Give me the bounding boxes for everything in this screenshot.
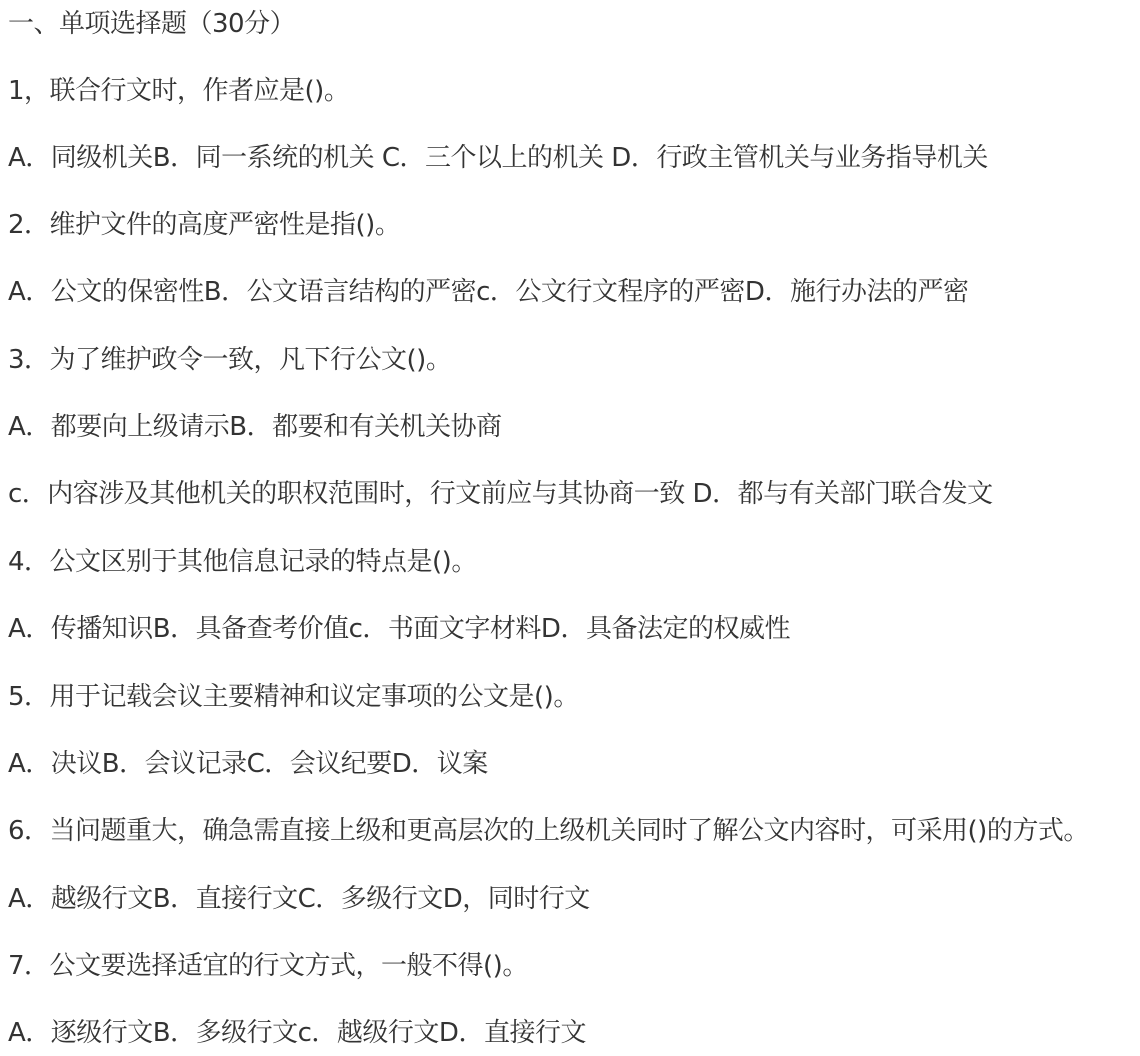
- question-1-options: A．同级机关B．同一系统的机关 C．三个以上的机关 D．行政主管机关与业务指导机…: [8, 138, 988, 178]
- question-3-stem: 3．为了维护政令一致，凡下行公文()。: [8, 340, 451, 380]
- question-6-stem: 6．当问题重大，确急需直接上级和更高层次的上级机关同时了解公文内容时，可采用()…: [8, 811, 1089, 851]
- question-4-stem: 4．公文区别于其他信息记录的特点是()。: [8, 542, 477, 582]
- question-6-options: A．越级行文B．直接行文C．多级行文D，同时行文: [8, 879, 590, 919]
- question-4-options: A．传播知识B．具备查考价值c．书面文字材料D．具备法定的权威性: [8, 609, 790, 649]
- question-7-stem: 7．公文要选择适宜的行文方式，一般不得()。: [8, 946, 528, 986]
- question-2-stem: 2．维护文件的高度严密性是指()。: [8, 205, 400, 245]
- question-5-stem: 5．用于记载会议主要精神和议定事项的公文是()。: [8, 677, 579, 717]
- section-title: 一、单项选择题（30分）: [8, 4, 295, 44]
- question-5-options: A．决议B．会议记录C．会议纪要D．议案: [8, 744, 488, 784]
- question-2-options: A．公文的保密性B．公文语言结构的严密c．公文行文程序的严密D．施行办法的严密: [8, 272, 968, 312]
- question-1-stem: 1，联合行文时，作者应是()。: [8, 71, 349, 111]
- question-3-options-ab: A．都要向上级请示B．都要和有关机关协商: [8, 407, 502, 447]
- question-7-options: A．逐级行文B．多级行文c．越级行文D．直接行文: [8, 1013, 586, 1053]
- question-3-options-cd: c．内容涉及其他机关的职权范围时，行文前应与其协商一致 D．都与有关部门联合发文: [8, 474, 993, 514]
